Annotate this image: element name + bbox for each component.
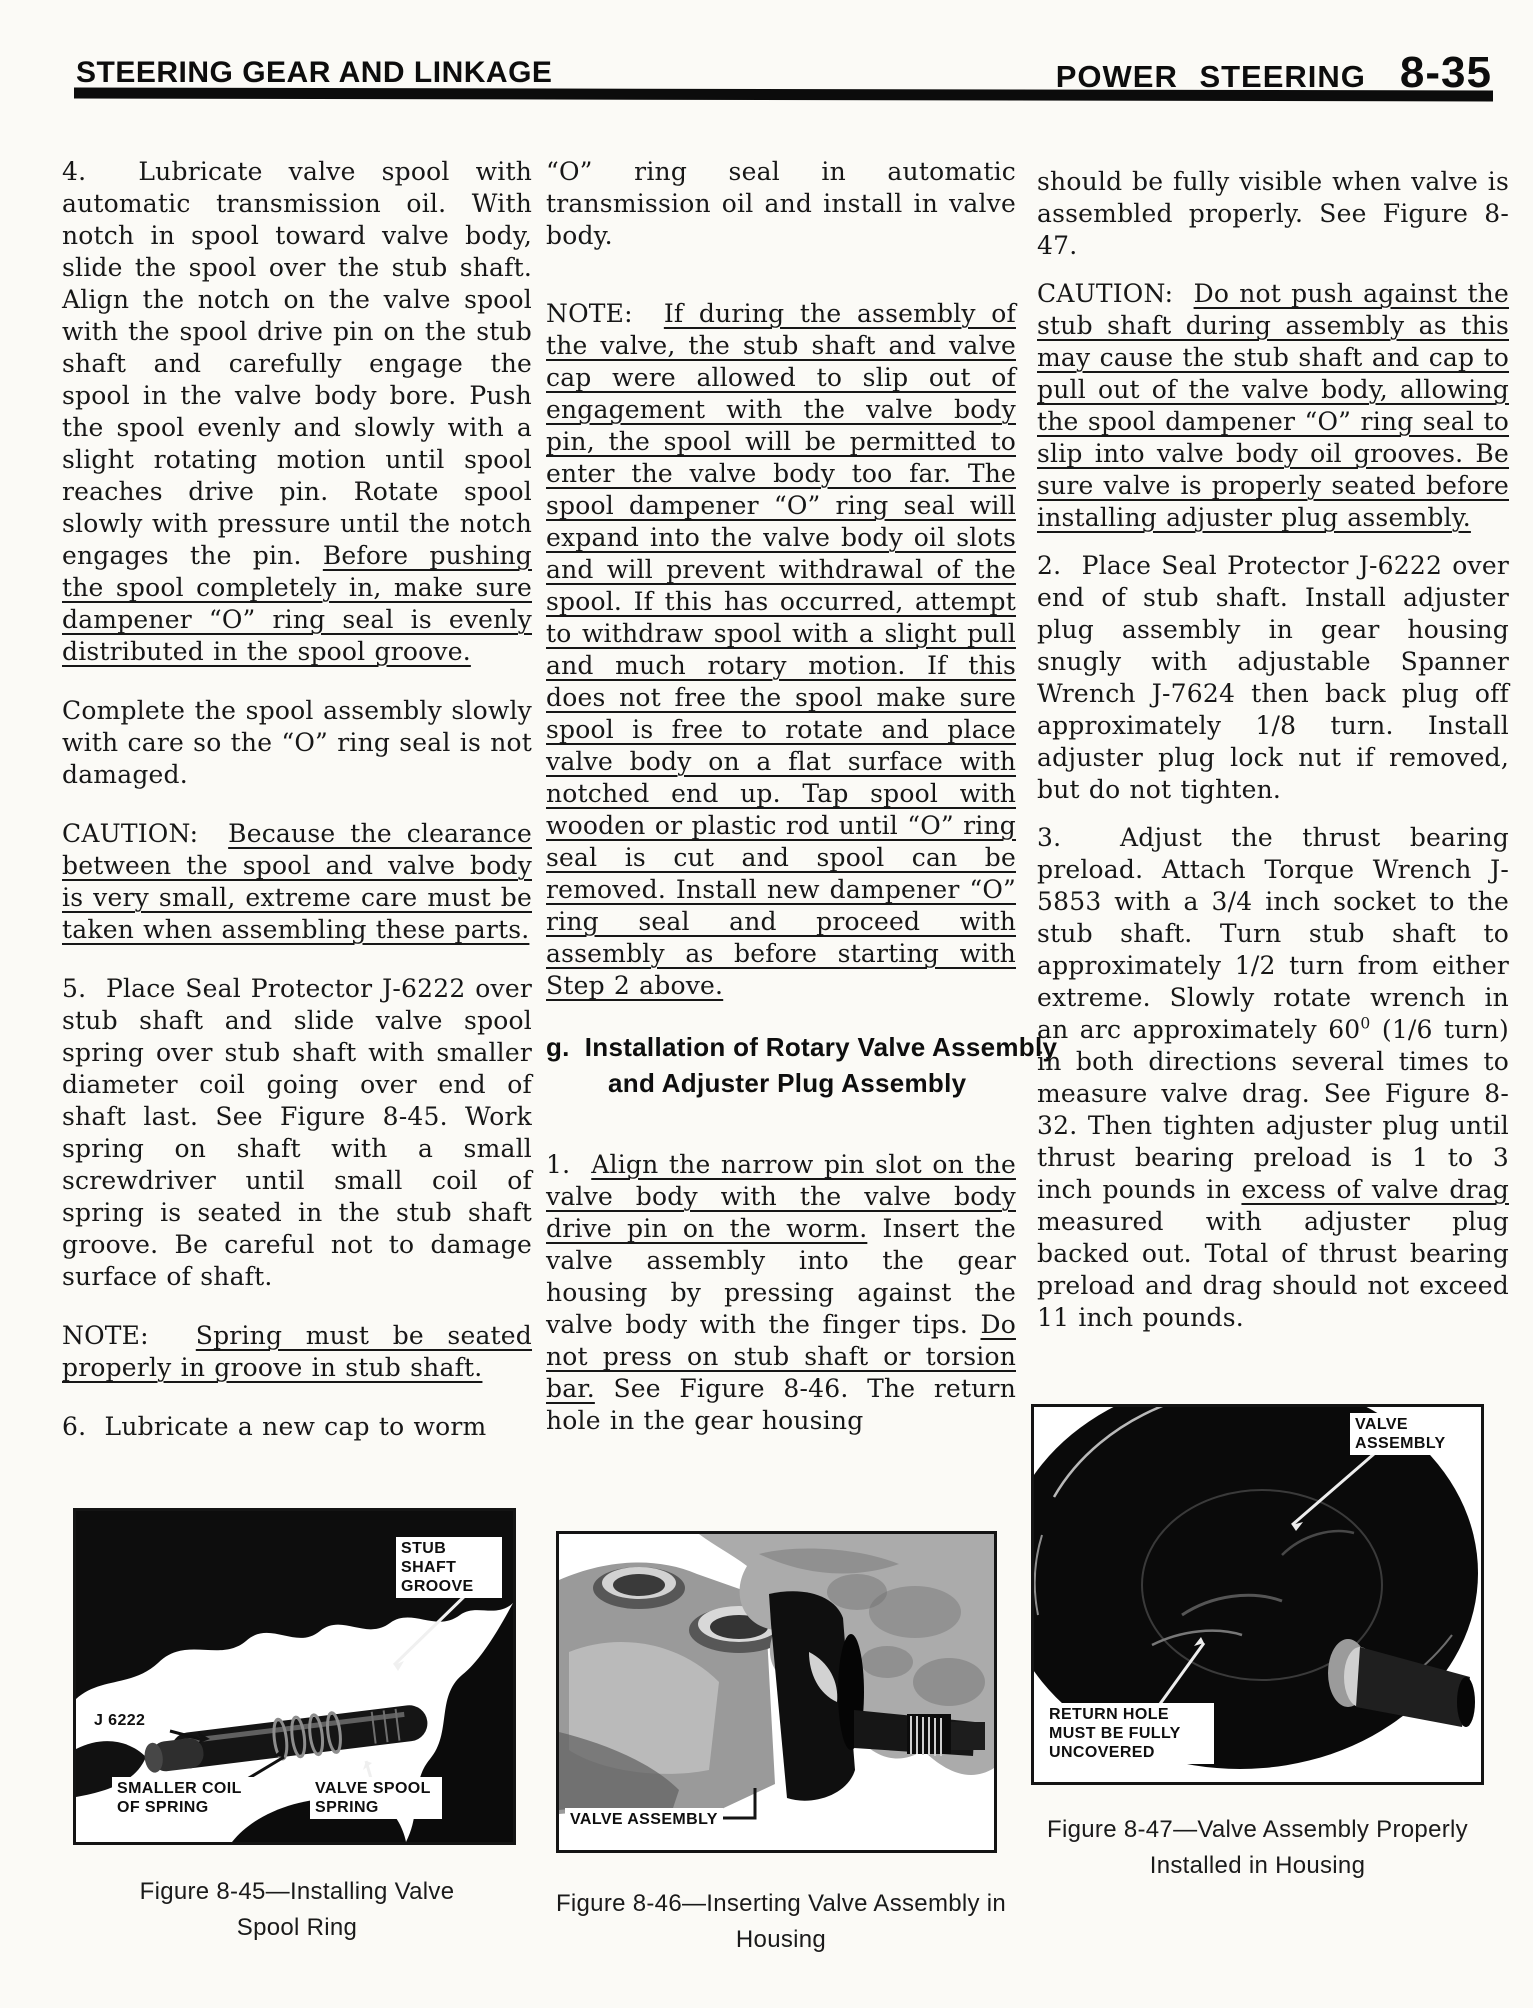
figure-8-46-caption: Figure 8-46—Inserting Valve Assembly in … [546, 1886, 1016, 1958]
section-g-heading: g. Installation of Rotary Valve Assembly… [546, 1029, 1068, 1101]
figure-8-46-label-valve-assembly: VALVE ASSEMBLY [565, 1808, 723, 1831]
column-center: “O” ring seal in automatic transmission … [546, 156, 1016, 1464]
step-1-continued-paragraph: should be fully visible when valve is as… [1037, 166, 1509, 262]
figure-8-45-label-stub-shaft-groove: STUB SHAFT GROOVE [396, 1537, 502, 1598]
column-left: 4. Lubricate valve spool with automatic … [62, 156, 532, 1470]
figure-8-45: STUB SHAFT GROOVE J 6222 SMALLER COIL OF… [73, 1508, 516, 1845]
step-6-paragraph: 6. Lubricate a new cap to worm [62, 1411, 532, 1443]
figure-8-47-label-valve-assembly: VALVE ASSEMBLY [1350, 1413, 1464, 1455]
figure-8-47-label-return-hole: RETURN HOLE MUST BE FULLY UNCOVERED [1044, 1703, 1214, 1764]
figure-8-45-label-j6222: J 6222 [94, 1711, 145, 1730]
step-6-continued-paragraph: “O” ring seal in automatic transmission … [546, 156, 1016, 252]
step-2-paragraph: 2. Place Seal Protector J-6222 over end … [1037, 550, 1509, 806]
note-assembly-slip-paragraph: NOTE: If during the assembly of the valv… [546, 298, 1016, 1002]
note-spring-paragraph: NOTE: Spring must be seated properly in … [62, 1320, 532, 1384]
step-4-paragraph: 4. Lubricate valve spool with automatic … [62, 156, 532, 668]
column-right: should be fully visible when valve is as… [1037, 166, 1509, 1361]
figure-8-47: VALVE ASSEMBLY RETURN HOLE MUST BE FULLY… [1031, 1404, 1484, 1785]
figure-8-46-photo [559, 1534, 994, 1850]
manual-page: STEERING GEAR AND LINKAGE POWER STEERING… [0, 0, 1533, 2008]
figure-8-45-label-smaller-coil: SMALLER COIL OF SPRING [112, 1777, 254, 1819]
header-left-title: STEERING GEAR AND LINKAGE [76, 56, 552, 90]
figure-8-45-label-valve-spool-spring: VALVE SPOOL SPRING [310, 1777, 442, 1819]
caution-clearance-paragraph: CAUTION: Because the clearance between t… [62, 818, 532, 946]
figure-8-47-caption: Figure 8-47—Valve Assembly Properly Inst… [1031, 1812, 1484, 1884]
step-5-paragraph: 5. Place Seal Protector J-6222 over stub… [62, 973, 532, 1293]
figure-8-46: VALVE ASSEMBLY [556, 1531, 997, 1853]
complete-spool-paragraph: Complete the spool assembly slowly with … [62, 695, 532, 791]
caution-push-paragraph: CAUTION: Do not push against the stub sh… [1037, 278, 1509, 534]
step-1-paragraph: 1. Align the narrow pin slot on the valv… [546, 1149, 1016, 1437]
figure-8-45-caption: Figure 8-45—Installing Valve Spool Ring [62, 1874, 532, 1946]
header-rule [74, 88, 1493, 102]
step-3-paragraph: 3. Adjust the thrust bearing preload. At… [1037, 822, 1509, 1334]
